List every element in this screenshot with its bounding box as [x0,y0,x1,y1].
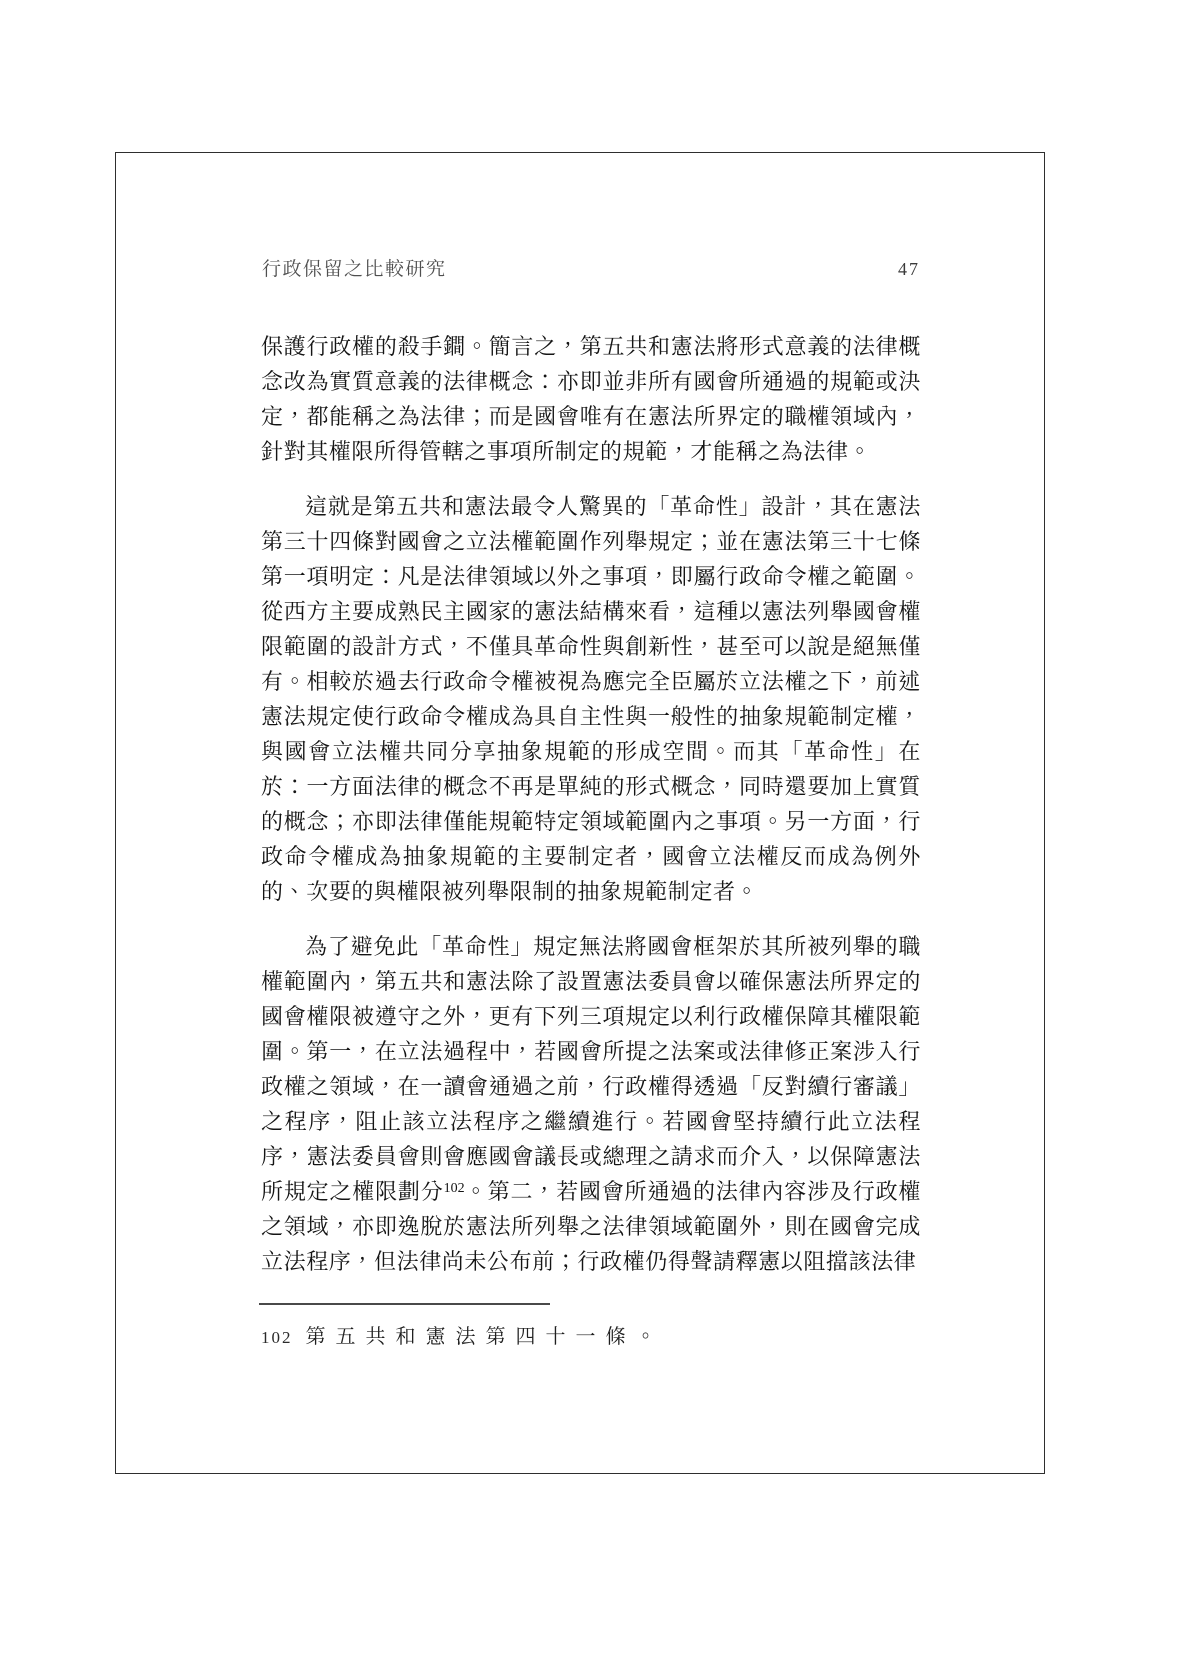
paragraph-1: 保護行政權的殺手鐧。簡言之，第五共和憲法將形式意義的法律概念改為實質意義的法律概… [261,329,921,469]
scanned-book-page: { "page": { "header": { "title": "行政保留之比… [0,0,1177,1664]
page-number: 47 [898,259,920,280]
paragraph-2-text: 這就是第五共和憲法最令人驚異的「革命性」設計，其在憲法第三十四條對國會之立法權範… [261,494,921,904]
footnote: 102第五共和憲法第四十一條。 [261,1320,666,1349]
paragraph-1-text: 保護行政權的殺手鐧。簡言之，第五共和憲法將形式意義的法律概念改為實質意義的法律概… [261,334,921,464]
paragraph-3: 為了避免此「革命性」規定無法將國會框架於其所被列舉的職權範圍內，第五共和憲法除了… [261,929,921,1279]
body-text-block: 保護行政權的殺手鐧。簡言之，第五共和憲法將形式意義的法律概念改為實質意義的法律概… [261,329,921,1279]
footnote-number: 102 [261,1328,293,1347]
footnote-reference-marker: 102 [444,1181,465,1196]
paragraph-3-text-before-ref: 為了避免此「革命性」規定無法將國會框架於其所被列舉的職權範圍內，第五共和憲法除了… [261,934,921,1204]
running-header-title: 行政保留之比較研究 [262,254,447,281]
paragraph-2: 這就是第五共和憲法最令人驚異的「革命性」設計，其在憲法第三十四條對國會之立法權範… [261,489,921,909]
footnote-text: 第五共和憲法第四十一條。 [306,1326,666,1348]
running-header: 行政保留之比較研究 47 [262,254,920,281]
footnote-separator-rule [259,1303,550,1305]
